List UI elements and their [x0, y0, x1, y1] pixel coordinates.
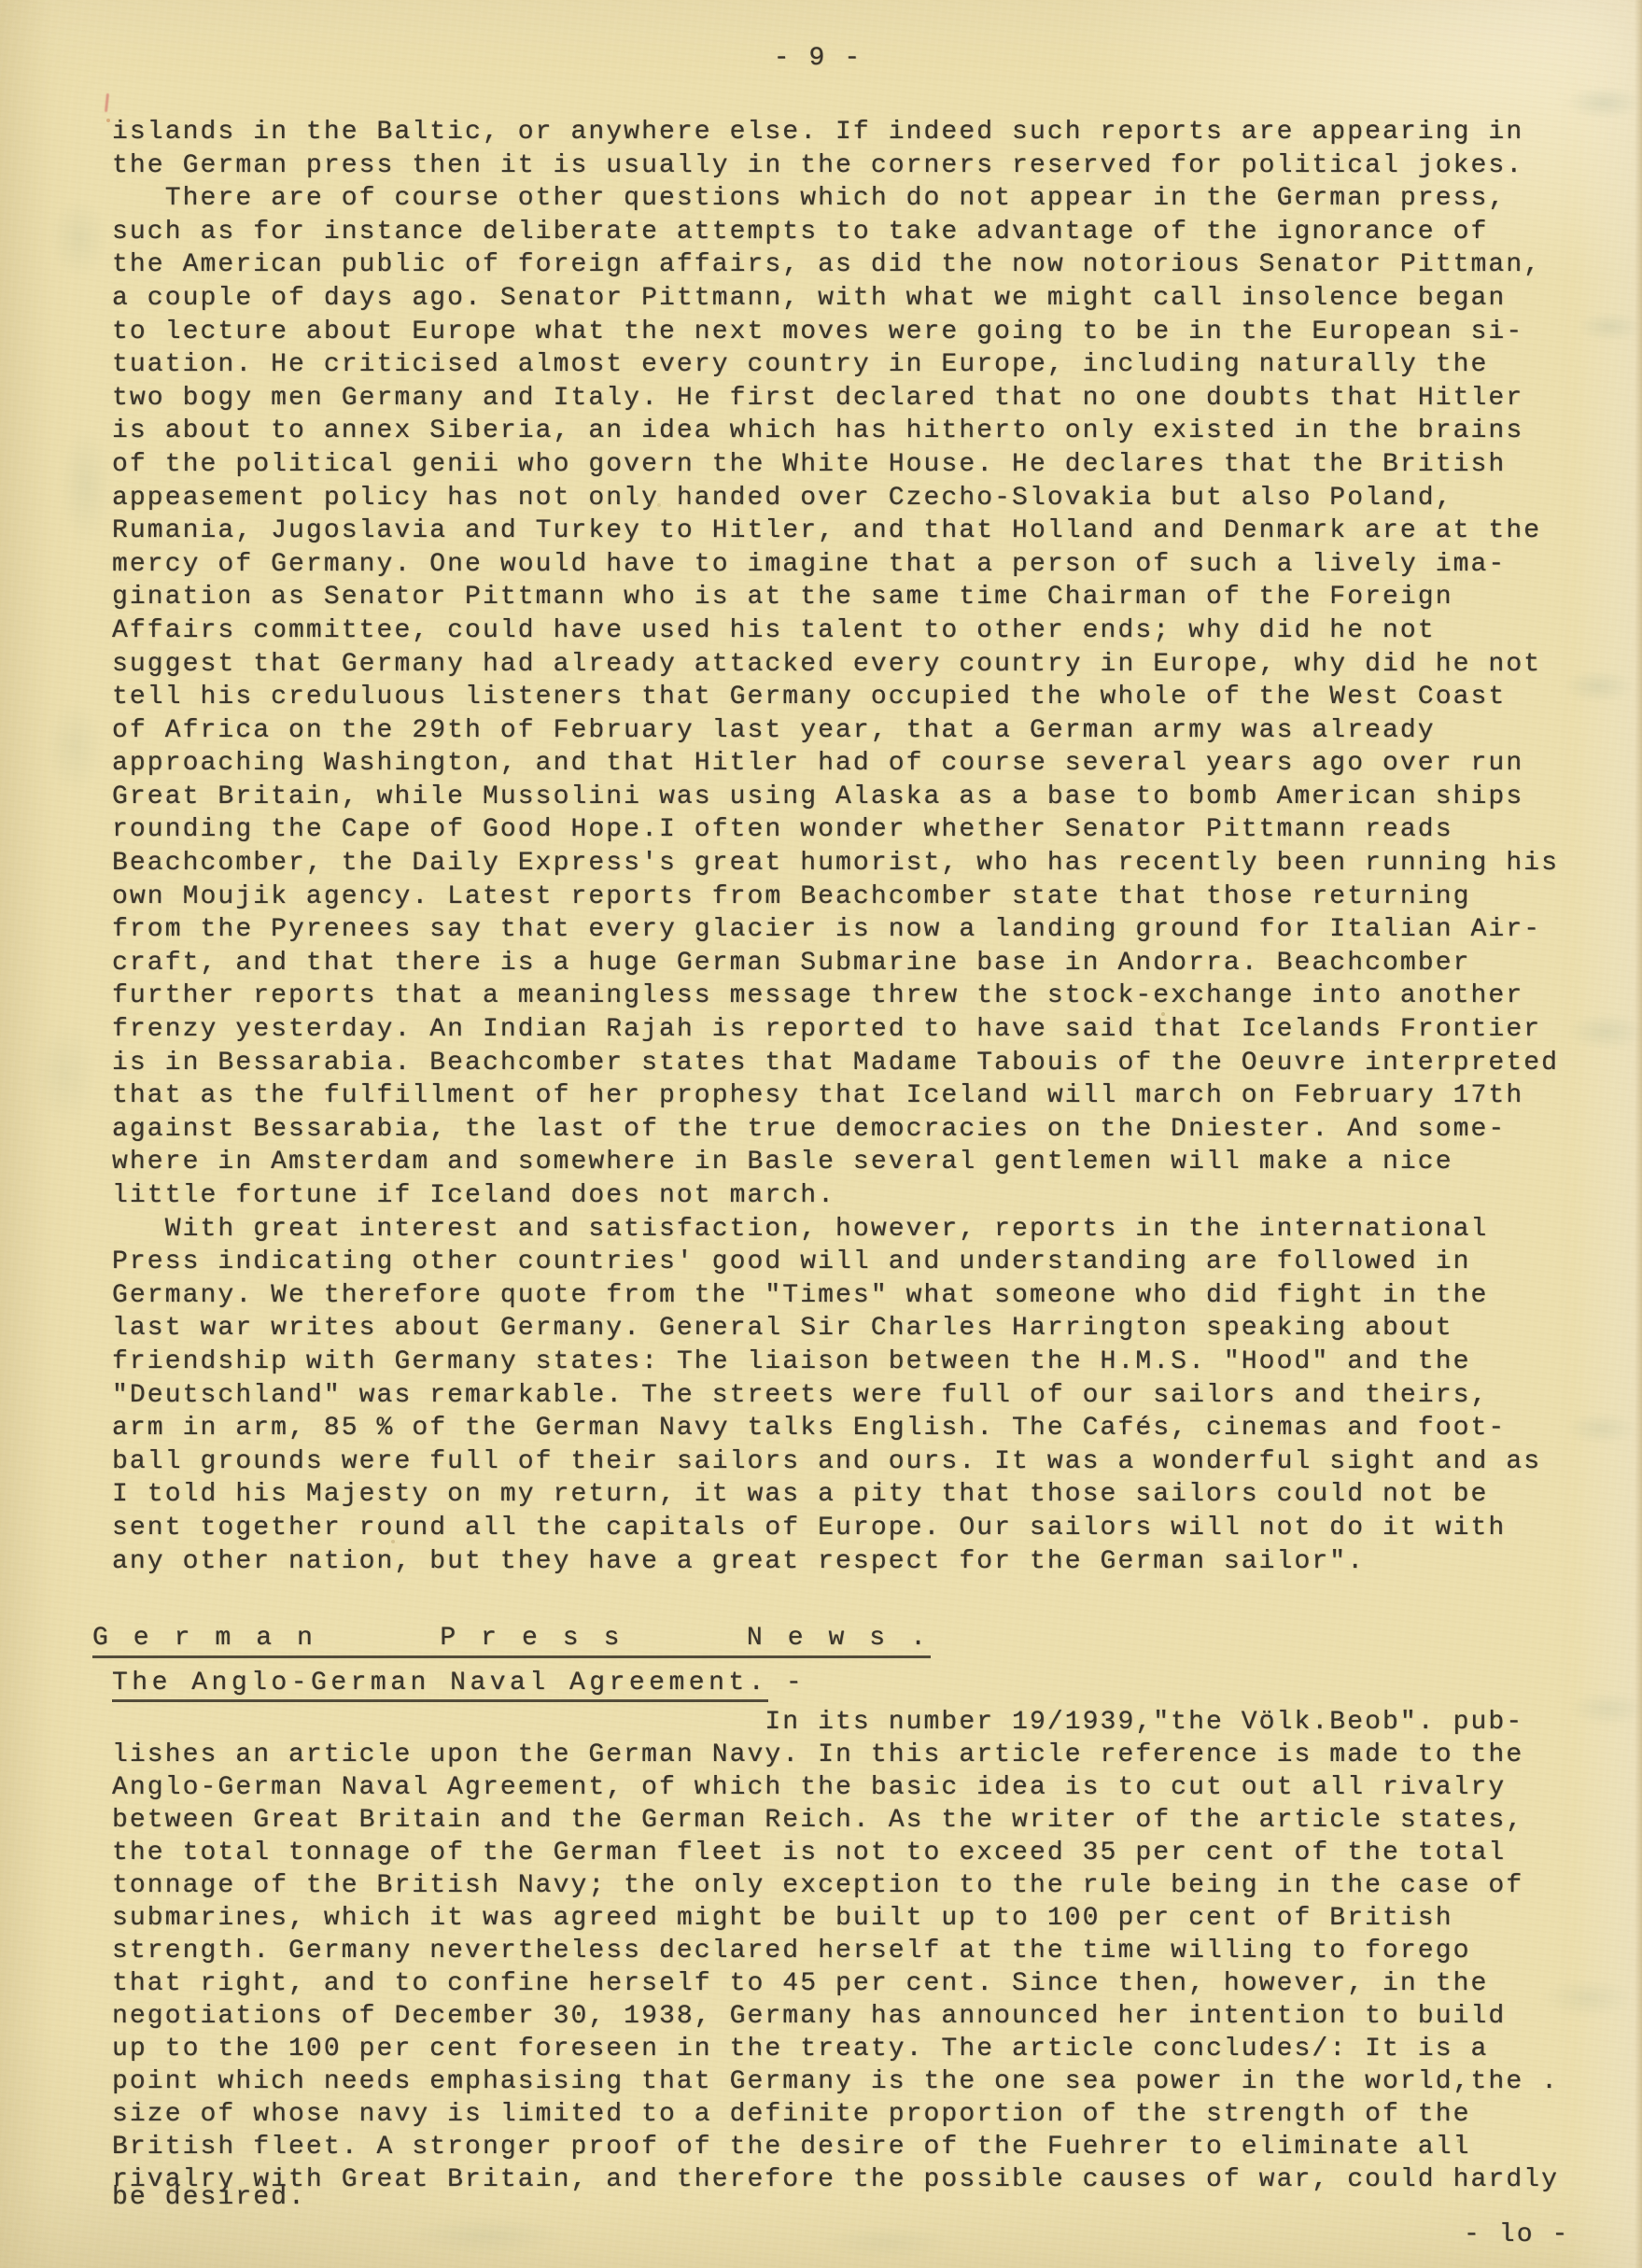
section-heading-german-press-news: G e r m a n P r e s s N e w s . [92, 1625, 931, 1658]
scanned-document-screenshot: { "colors": { "paper": "#ecdfae", "ink":… [0, 0, 1642, 2268]
naval-agreement-body-text: In its number 19/1939,"the Völk.Beob". p… [112, 1706, 1559, 2196]
paper-fiber-mark [105, 93, 109, 112]
article-subheading: The Anglo-German Naval Agreement. - [112, 1669, 804, 1702]
article-body-text: islands in the Baltic, or anywhere else.… [112, 116, 1559, 1578]
page-number-top: - 9 - [112, 42, 1523, 76]
paper-specks [0, 0, 2, 2]
page-number-bottom: - lo - [1464, 2219, 1569, 2252]
article-last-line: be desired. [112, 2184, 306, 2212]
document-page: - 9 - islands in the Baltic, or anywhere… [0, 0, 1642, 2268]
subheading-title: The Anglo-German Naval Agreement. [112, 1669, 768, 1702]
subheading-dash: - [768, 1669, 804, 1697]
